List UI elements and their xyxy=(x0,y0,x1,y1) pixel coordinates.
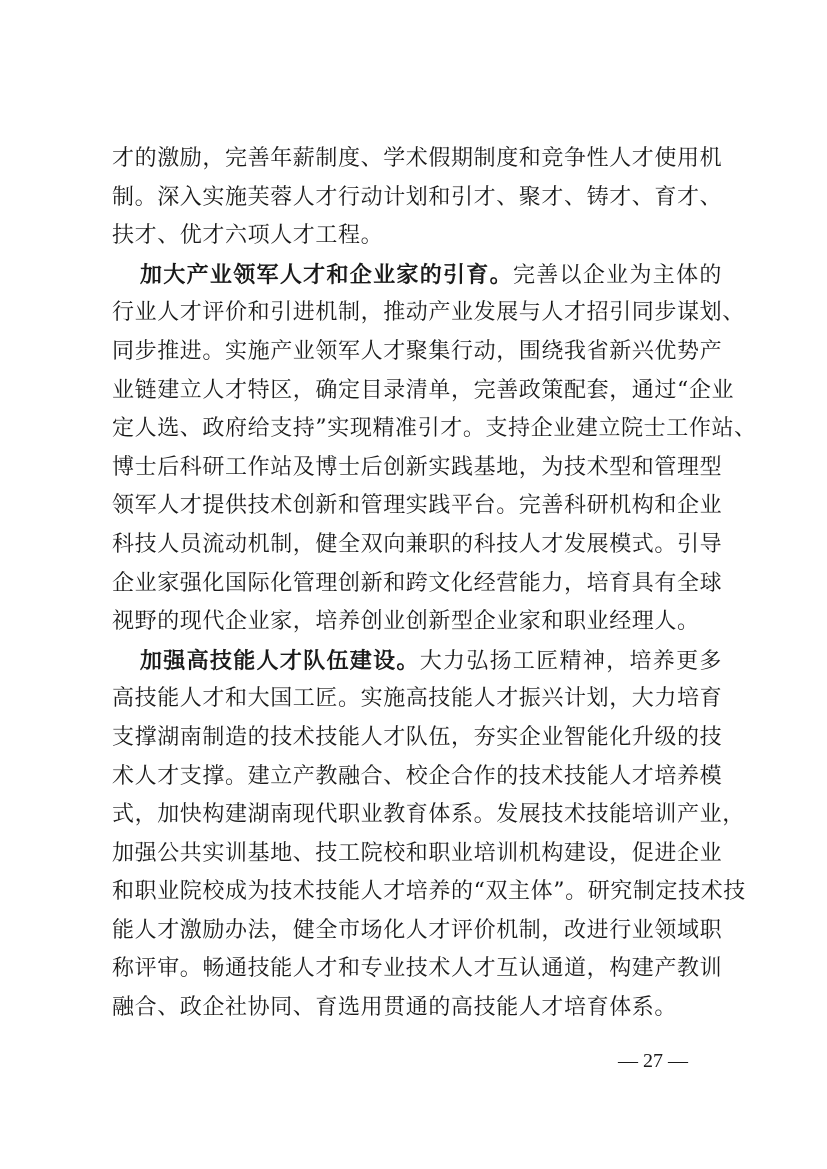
page-number: — 27 — xyxy=(618,1050,688,1073)
text-run: 完善以企业为主体的 xyxy=(513,263,722,288)
text-line: 和职业院校成为技术技能人才培养的“双主体”。研究制定技术技 xyxy=(112,873,722,912)
text-line: 企业家强化国际化管理创新和跨文化经营能力，培育具有全球 xyxy=(112,565,722,604)
text-line: 称评审。畅通技能人才和专业技术人才互认通道，构建产教训 xyxy=(112,950,722,989)
text-line: 业链建立人才特区，确定目录清单，完善政策配套，通过“企业 xyxy=(112,372,722,411)
section-heading: 加强高技能人才队伍建设。 xyxy=(140,648,420,674)
text-line: 视野的现代企业家，培养创业创新型企业家和职业经理人。 xyxy=(112,603,722,642)
text-line: 同步推进。实施产业领军人才聚集行动，围绕我省新兴优势产 xyxy=(112,333,722,372)
text-line: 行业人才评价和引进机制，推动产业发展与人才招引同步谋划、 xyxy=(112,294,722,333)
document-body: 才的激励，完善年薪制度、学术假期制度和竞争性人才使用机 制。深入实施芙蓉人才行动… xyxy=(112,140,722,1028)
text-line: 博士后科研工作站及博士后创新实践基地，为技术型和管理型 xyxy=(112,449,722,488)
text-line: 高技能人才和大国工匠。实施高技能人才振兴计划，大力培育 xyxy=(112,680,722,719)
text-line: 加强公共实训基地、技工院校和职业培训机构建设，促进企业 xyxy=(112,835,722,874)
paragraph-industry-leaders: 加大产业领军人才和企业家的引育。完善以企业为主体的 行业人才评价和引进机制，推动… xyxy=(112,256,722,642)
text-line: 融合、政企社协同、育选用贯通的高技能人才培育体系。 xyxy=(112,989,722,1028)
text-run: 大力弘扬工匠精神，培养更多 xyxy=(420,649,722,674)
section-heading: 加大产业领军人才和企业家的引育。 xyxy=(140,262,513,288)
text-line: 领军人才提供技术创新和管理实践平台。完善科研机构和企业 xyxy=(112,487,722,526)
text-line: 式，加快构建湖南现代职业教育体系。发展技术技能培训产业， xyxy=(112,796,722,835)
text-line: 才的激励，完善年薪制度、学术假期制度和竞争性人才使用机 xyxy=(112,140,722,179)
text-line: 支撑湖南制造的技术技能人才队伍，夯实企业智能化升级的技 xyxy=(112,719,722,758)
text-line: 制。深入实施芙蓉人才行动计划和引才、聚才、铸才、育才、 xyxy=(112,179,722,218)
document-page: 才的激励，完善年薪制度、学术假期制度和竞争性人才使用机 制。深入实施芙蓉人才行动… xyxy=(0,0,827,1169)
paragraph-high-skill-talent: 加强高技能人才队伍建设。大力弘扬工匠精神，培养更多 高技能人才和大国工匠。实施高… xyxy=(112,642,722,1028)
text-line: 科技人员流动机制，健全双向兼职的科技人才发展模式。引导 xyxy=(112,526,722,565)
paragraph-talent-incentives: 才的激励，完善年薪制度、学术假期制度和竞争性人才使用机 制。深入实施芙蓉人才行动… xyxy=(112,140,722,256)
text-line: 能人才激励办法，健全市场化人才评价机制，改进行业领域职 xyxy=(112,912,722,951)
text-line: 术人才支撑。建立产教融合、校企合作的技术技能人才培养模 xyxy=(112,758,722,797)
text-line: 加大产业领军人才和企业家的引育。完善以企业为主体的 xyxy=(112,256,722,295)
text-line: 扶才、优才六项人才工程。 xyxy=(112,217,722,256)
text-line: 定人选、政府给支持”实现精准引才。支持企业建立院士工作站、 xyxy=(112,410,722,449)
text-line: 加强高技能人才队伍建设。大力弘扬工匠精神，培养更多 xyxy=(112,642,722,681)
